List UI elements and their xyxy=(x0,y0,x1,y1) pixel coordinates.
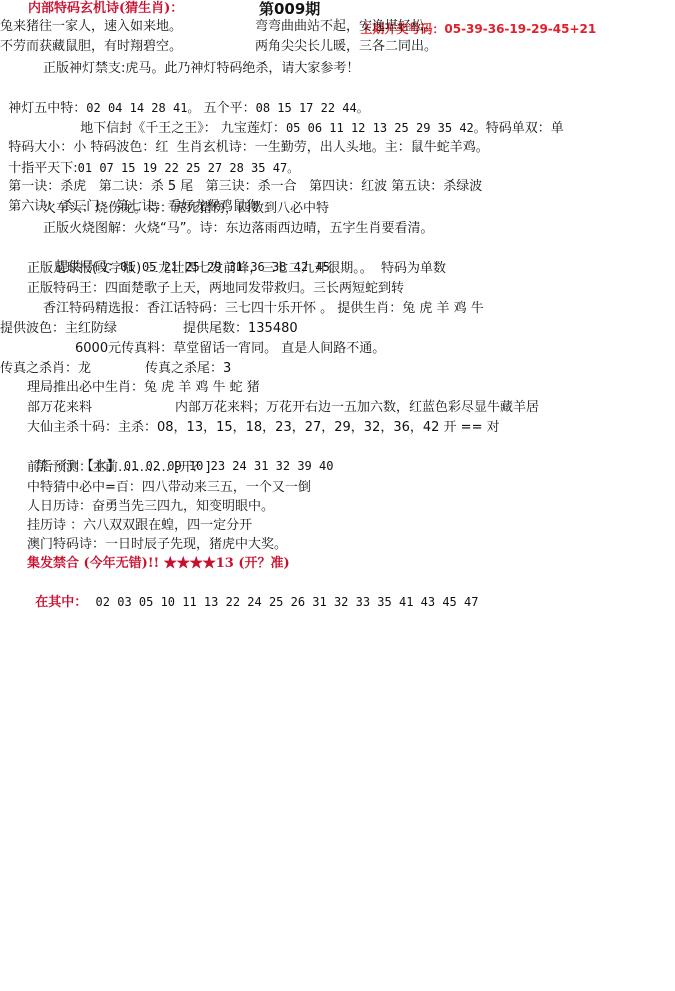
renri: 人日历诗：奋勇当先三四九，知变明眼中。 xyxy=(27,498,274,516)
last-draw-numbers: 05-39-36-19-29-45+21 xyxy=(444,22,596,36)
guali: 挂历诗 ：六八双双跟在蝗，四一定分开 xyxy=(27,517,252,535)
jue-row-1: 第一诀：杀虎 第二诀：杀 5 尾 第三诀：杀一合 第四诀：红波 第五诀：杀绿波 xyxy=(0,160,482,178)
wanhua-left: 部万花来料 xyxy=(27,399,92,417)
jifa-jinhe: 集发禁合 (今年无错)!! ★★★★13 (开？准) xyxy=(27,555,290,573)
chuanzhen-shaxiao: 传真之杀肖：龙 xyxy=(0,360,91,378)
wanhua-right: 内部万花来料；万花开右边一五加六数，红蓝色彩尽显牛藏羊居 xyxy=(175,399,539,417)
tigong-bose: 提供波色：主红防绿 xyxy=(0,320,117,338)
tigong-weishu: 提供尾数：135480 xyxy=(183,320,298,338)
liju: 理局推出必中生肖：兔 虎 羊 鸡 牛 蛇 猪 xyxy=(27,379,260,397)
qianhou: 前后预测：主前………… [开？] xyxy=(27,459,210,477)
poem-line-1-left: 兔来猪往一家人，速入如来地。 xyxy=(0,18,182,36)
chuanzhen-shawei: 传真之杀尾：3 xyxy=(145,360,231,378)
page-title: 内部特码玄机诗(猜生肖)： xyxy=(28,0,183,18)
zuqiubao: 正版足球报(文字版) 三龙壮四七发前峰，三七二九开很期。。 特码为单数 xyxy=(27,260,446,278)
shendeng-jinzhi: 正版神灯禁支:虎马。此乃神灯特码绝杀，请大家参考！ xyxy=(43,60,359,78)
zaiqizhong: 在其中： 02 03 05 10 11 13 22 24 25 26 31 32… xyxy=(27,575,478,593)
danshuang: 特码单双：单 xyxy=(486,121,564,136)
huoshao: 正版火烧图解：火烧“马”。诗：东边落雨西边晴，五字生肖要看清。 xyxy=(43,220,433,238)
jue-4: 第四诀：红波 xyxy=(309,179,387,194)
poem-line-2-right: 两角尖尖长儿暖，三各二同出。 xyxy=(255,38,437,56)
zaiqizhong-label: 在其中： xyxy=(35,595,87,610)
shendeng-wuzhong: 神灯五中特：02 04 14 28 41。 五个平：08 15 17 22 44… xyxy=(0,81,369,99)
jue-row-2: 第六诀：杀三门 第七诀：看好龙猴鸡鼠狗 xyxy=(0,180,259,198)
huochetou: 火车头：烧伤龙。诗：虎死猪伤，四数到八必中特 xyxy=(43,200,329,218)
xiangjiang: 香江特码精选报：香江话特码：三七四十乐开怀 。 提供生肖：兔 虎 羊 鸡 牛 xyxy=(43,300,484,318)
shizhi: 十指平天下:01 07 15 19 22 25 27 28 35 47。 xyxy=(0,141,299,159)
zaiqizhong-numbers: 02 03 05 10 11 13 22 24 25 26 31 32 33 3… xyxy=(96,595,479,609)
tigong-haoma: 提供号码：01 05 21 25 29 31 36 38 42 45。 xyxy=(47,240,342,258)
temawang: 正版特码王：四面楚歌子上天，两地同发带救归。三长两短蛇到转 xyxy=(27,280,404,298)
aomen: 澳门特码诗：一日时辰子先现，猪虎中大奖。 xyxy=(27,536,287,554)
issue-number: 第009期 xyxy=(259,0,320,18)
poem-line-2-left: 不劳而获藏鼠胆，有时翔碧空。 xyxy=(0,38,182,56)
zhongte: 中特猜中必中=百：四八带动来三五，一个又一倒 xyxy=(27,479,311,497)
jinyihang: 禁一行：【水】 01 02 09 10 23 24 31 32 39 40 xyxy=(27,439,333,457)
daxian: 大仙主杀十码：主杀：08，13，15，18，23，27，29，32，36，42 … xyxy=(27,419,500,437)
jue-5: 第五诀：杀绿波 xyxy=(391,179,482,194)
poem-line-1-right: 弯弯曲曲站不起，安逸堪轻松。 xyxy=(255,18,437,36)
chuanzhen-liao: 6000元传真料：草堂留话一宵同。 直是人间路不通。 xyxy=(75,340,385,358)
tema-info: 特码大小：小 特码波色：红 生肖玄机诗：一生勤劳，出人头地。主：鼠牛蛇羊鸡。 xyxy=(0,121,489,139)
dixia-xinfeng: 地下信封《千王之王》： 九宝莲灯：05 06 11 12 13 25 29 35… xyxy=(72,101,564,119)
